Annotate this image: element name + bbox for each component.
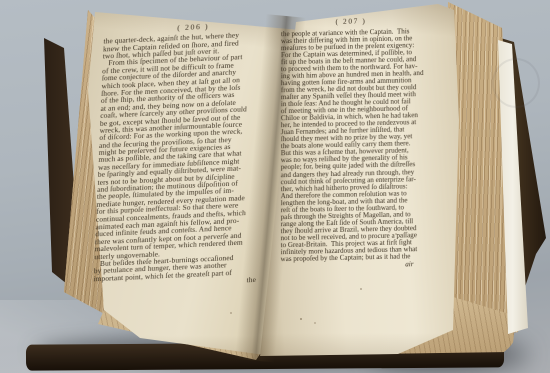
left-page-text: ( 206 ) the quarter-deck, againſt the hu… [93, 19, 283, 291]
book-photo: ( 206 ) the quarter-deck, againſt the hu… [0, 0, 550, 373]
ring-stain [492, 58, 540, 108]
right-page-number: ( 207 ) [281, 16, 421, 28]
left-page-lines: the quarter-deck, againſt the hut, where… [93, 30, 282, 283]
foxing-specks [300, 318, 302, 320]
right-page-lines: the people at variance with the Captain.… [281, 27, 421, 263]
right-page-text: ( 207 ) the people at variance with the … [281, 16, 421, 272]
